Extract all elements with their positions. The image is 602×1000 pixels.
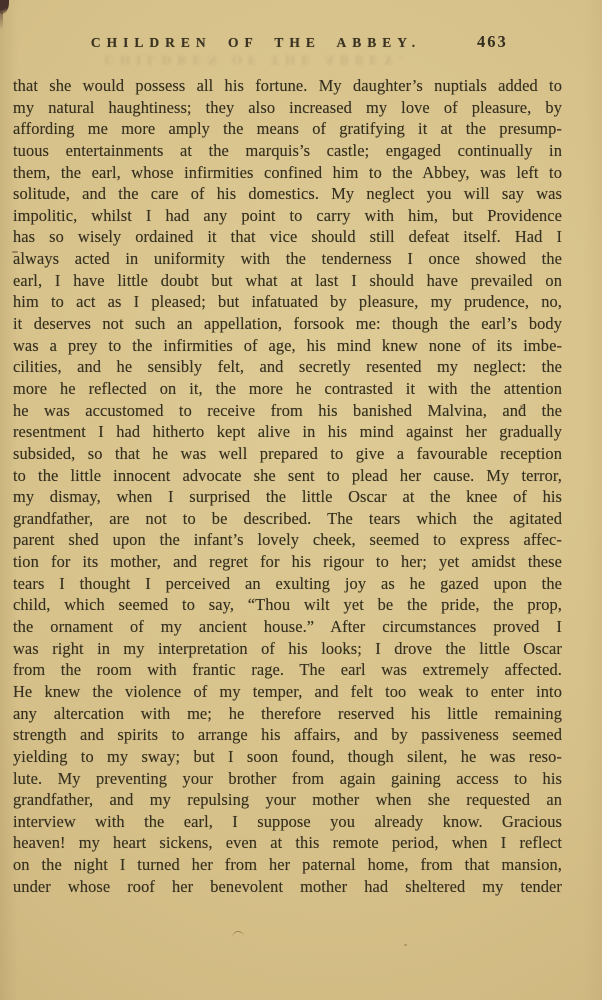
scan-curve-artifact	[232, 930, 245, 938]
text-line: that she would possess all his fortune. …	[13, 75, 562, 97]
text-line: it deserves not such an appellation, for…	[13, 313, 562, 335]
text-line: yielding to my sway; but I soon found, t…	[13, 746, 562, 768]
text-line: has so wisely ordained it that vice shou…	[13, 226, 562, 248]
text-line: under whose roof her benevolent mother h…	[13, 876, 562, 898]
page-text: that she would possess all his fortune. …	[13, 75, 562, 897]
text-line: resentment I had hitherto kept alive in …	[13, 421, 562, 443]
showthrough-artifact: CHILDREN OF THE ABBEY.	[105, 52, 408, 68]
text-line: tion for its mother, and regret for his …	[13, 551, 562, 573]
text-line: on the night I turned her from her pater…	[13, 854, 562, 876]
text-line: from the room with frantic rage. The ear…	[13, 659, 562, 681]
text-line: any altercation with me; he therefore re…	[13, 703, 562, 725]
text-line: affording me more amply the means of gra…	[13, 118, 562, 140]
text-line: them, the earl, whose infirmities confin…	[13, 162, 562, 184]
text-line: was right in my interpretation of his lo…	[13, 638, 562, 660]
text-line: lute. My preventing your brother from ag…	[13, 768, 562, 790]
text-line: strength and spirits to arrange his affa…	[13, 724, 562, 746]
text-line: to the little innocent advocate she sent…	[13, 465, 562, 487]
text-line: He knew the violence of my temper, and f…	[13, 681, 562, 703]
text-line: always acted in uniformity with the tend…	[13, 248, 562, 270]
text-line: grandfather, and my repulsing your mothe…	[13, 789, 562, 811]
scan-speck-artifact	[404, 944, 407, 946]
text-line: cilities, and he sensibly felt, and secr…	[13, 356, 562, 378]
running-header: CHILDREN OF THE ABBEY. 463	[0, 35, 602, 53]
scan-speck-artifact	[520, 405, 523, 408]
text-line: him to act as I pleased; but infatuated …	[13, 291, 562, 313]
text-line: more he reflected on it, the more he con…	[13, 378, 562, 400]
text-line: tears I thought I perceived an exulting …	[13, 573, 562, 595]
scan-speck-artifact	[511, 518, 514, 520]
text-line: my natural haughtiness; they also increa…	[13, 97, 562, 119]
text-line: tuous entertainments at the marquis’s ca…	[13, 140, 562, 162]
text-line: parent shed upon the infant’s lovely che…	[13, 529, 562, 551]
text-line: earl, I have little doubt but what at la…	[13, 270, 562, 292]
text-line: the ornament of my ancient house.” After…	[13, 616, 562, 638]
text-line: interview with the earl, I suppose you a…	[13, 811, 562, 833]
text-line: grandfather, are not to be described. Th…	[13, 508, 562, 530]
scan-corner-artifact-tail	[0, 12, 3, 30]
page-number: 463	[477, 32, 508, 52]
text-line: subsided, so that he was well prepared t…	[13, 443, 562, 465]
text-line: child, which seemed to say, “Thou wilt y…	[13, 594, 562, 616]
scan-dash-artifact	[12, 251, 18, 253]
text-line: impolitic, whilst I had any point to car…	[13, 205, 562, 227]
text-line: was a prey to the infirmities of age, hi…	[13, 335, 562, 357]
text-line: heaven! my heart sickens, even at this r…	[13, 832, 562, 854]
text-line: my dismay, when I surprised the little O…	[13, 486, 562, 508]
text-line: he was accustomed to receive from his ba…	[13, 400, 562, 422]
text-line: solitude, and the care of his domestics.…	[13, 183, 562, 205]
running-title: CHILDREN OF THE ABBEY.	[91, 35, 421, 51]
scanned-book-page: CHILDREN OF THE ABBEY. 463 CHILDREN OF T…	[0, 0, 602, 1000]
